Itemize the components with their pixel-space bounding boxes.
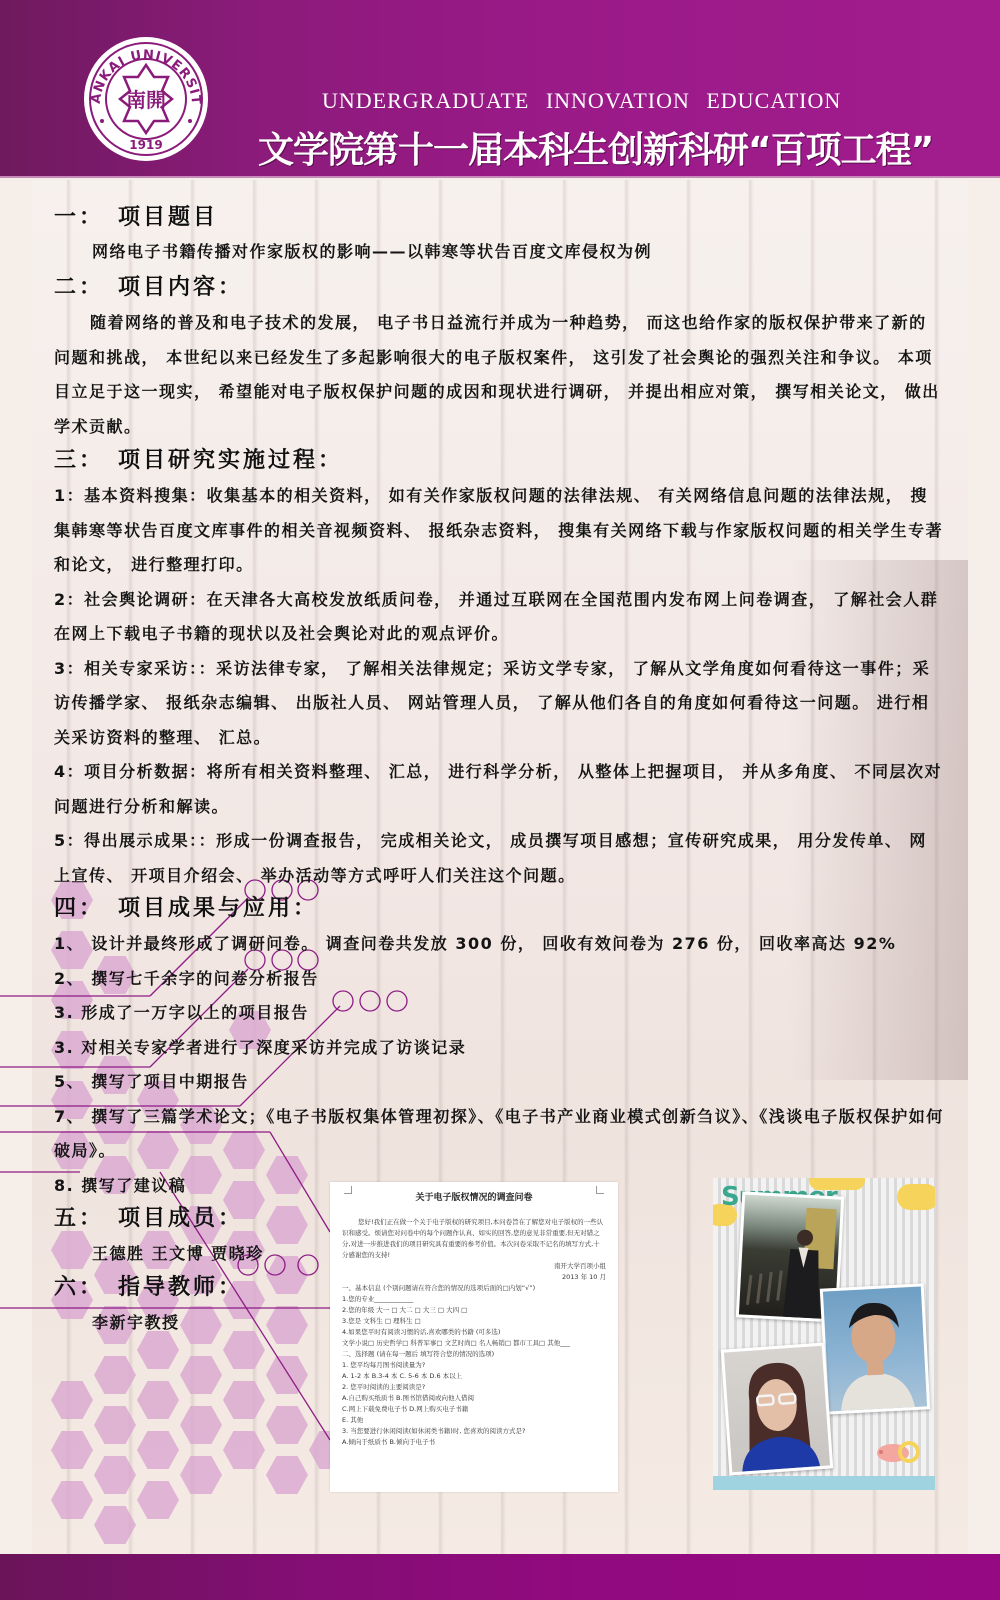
section-number: 六： xyxy=(54,1275,104,1300)
result-item: 5、 撰写了项目中期报告 xyxy=(54,1065,944,1100)
process-item: 5：得出展示成果：：形成一份调查报告， 完成相关论文， 成员撰写项目感想；宣传研… xyxy=(54,824,944,893)
cloud-icon xyxy=(897,1184,935,1210)
section-heading: 项目成员： xyxy=(118,1206,243,1231)
members-names: 王德胜 王文博 贾晓珍 xyxy=(54,1237,314,1272)
questionnaire-line: 2.您的年级 大一 □ 大二 □ 大三 □ 大四 □ xyxy=(342,1305,606,1316)
questionnaire-title: 关于电子版权情况的调查问卷 xyxy=(342,1190,606,1203)
questionnaire-line: 二、选择题 (请在每一题后 填写符合您的情况的选项) xyxy=(342,1349,606,1360)
section-heading: 指导教师： xyxy=(118,1275,243,1300)
section-members: 五：项目成员： 王德胜 王文博 贾晓珍 xyxy=(54,1201,314,1272)
section-number: 一： xyxy=(54,205,104,230)
section-number: 四： xyxy=(54,896,104,921)
process-item: 4：项目分析数据：将所有相关资料整理、 汇总， 进行科学分析， 从整体上把握项目… xyxy=(54,755,944,824)
section-advisor: 六：指导教师： 李新宇教授 xyxy=(54,1270,314,1341)
questionnaire-line: 文学小说□ 历史哲学□ 科普军事□ 文艺时尚□ 名人畅销□ 都市工具□ 其他__… xyxy=(342,1338,606,1349)
section-research-process: 三：项目研究实施过程： 1：基本资料搜集：收集基本的相关资料， 如有关作家版权问… xyxy=(54,443,944,893)
questionnaire-image: 关于电子版权情况的调查问卷 您好!我们正在做一个关于电子版权的研究项目,本问卷旨… xyxy=(330,1182,618,1492)
result-item: 2、 撰写七千余字的问卷分析报告 xyxy=(54,962,944,997)
poster-header: NANKAI UNIVERSITY 1919 南開 UNDERGRADUATE … xyxy=(0,0,1000,178)
section-heading: 项目成果与应用： xyxy=(118,896,318,921)
member-photo-collage: Summer xyxy=(713,1178,935,1490)
questionnaire-line: 3. 当您要进行休闲阅读(如休闲类书籍)时, 您喜欢的阅读方式是? xyxy=(342,1426,606,1437)
project-title-text: 网络电子书籍传播对作家版权的影响——以韩寒等状告百度文库侵权为例 xyxy=(54,236,944,268)
waves-decoration xyxy=(713,1476,935,1490)
questionnaire-intro: 您好!我们正在做一个关于电子版权的研究项目,本问卷旨在了解您对电子版权的一些认识… xyxy=(342,1217,606,1261)
section-project-title: 一：项目题目 网络电子书籍传播对作家版权的影响——以韩寒等状告百度文库侵权为例 xyxy=(54,200,944,268)
logo-center-text: 南開 xyxy=(126,88,166,112)
questionnaire-line: A.自己购买纸质书 B.图书馆借阅或向他人借阅 xyxy=(342,1393,606,1404)
section-results: 四：项目成果与应用： 1、 设计并最终形成了调研问卷。 调查问卷共发放 300 … xyxy=(54,891,944,1203)
pig-float-icon xyxy=(873,1440,923,1464)
questionnaire-line: 4.如果您平时有阅读习惯的话,喜欢哪类的书籍 (可多选) xyxy=(342,1327,606,1338)
section-number: 五： xyxy=(54,1206,104,1231)
section-number: 三： xyxy=(54,448,104,473)
header-title-cn: 文学院第十一届本科生创新科研“百项工程” xyxy=(258,122,933,173)
questionnaire-line: A.倾向于纸质书 B.倾向于电子书 xyxy=(342,1437,606,1448)
questionnaire-line: C.网上下载免费电子书 D.网上购买电子书籍 xyxy=(342,1404,606,1415)
section-number: 二： xyxy=(54,275,104,300)
questionnaire-line: E. 其他 xyxy=(342,1415,606,1426)
questionnaire-line: 1.您的专业____________ xyxy=(342,1294,606,1305)
section-heading: 项目题目 xyxy=(118,205,218,230)
poster-footer xyxy=(0,1554,1000,1600)
photo-portrait-male xyxy=(823,1287,927,1412)
advisor-name: 李新宇教授 xyxy=(54,1306,314,1341)
project-content-text: 随着网络的普及和电子技术的发展， 电子书日益流行并成为一种趋势， 而这也给作家的… xyxy=(54,306,944,444)
result-item: 1、 设计并最终形成了调研问卷。 调查问卷共发放 300 份， 回收有效问卷为 … xyxy=(54,927,944,962)
logo-year: 1919 xyxy=(129,138,162,152)
nankai-university-logo: NANKAI UNIVERSITY 1919 南開 xyxy=(82,35,210,163)
questionnaire-line: 一、基本信息 (个别问题请在符合您的情况的选项后面的□内划“√”) xyxy=(342,1283,606,1294)
questionnaire-line: 2. 您平时阅读的主要阅读是? xyxy=(342,1382,606,1393)
photo-portrait-female xyxy=(724,1346,830,1473)
section-heading: 项目内容： xyxy=(118,275,243,300)
result-item: 3. 对相关专家学者进行了深度采访并完成了访谈记录 xyxy=(54,1031,944,1066)
questionnaire-line: 3.您是 文科生 □ 理科生 □ xyxy=(342,1316,606,1327)
result-item: 7、 撰写了三篇学术论文；《电子书版权集体管理初探》、《电子书产业商业模式创新刍… xyxy=(54,1100,944,1169)
member-photo-3 xyxy=(721,1343,834,1476)
result-item: 3. 形成了一万字以上的项目报告 xyxy=(54,996,944,1031)
process-item: 1：基本资料搜集：收集基本的相关资料， 如有关作家版权问题的法律法规、 有关网络… xyxy=(54,479,944,583)
header-subtitle-en: UNDERGRADUATE INNOVATION EDUCATION xyxy=(322,88,841,114)
questionnaire-line: A. 1-2 本 B.3-4 本 C. 5-6 本 D.6 本以上 xyxy=(342,1371,606,1382)
section-heading: 项目研究实施过程： xyxy=(118,448,343,473)
process-item: 2：社会舆论调研：在天津各大高校发放纸质问卷， 并通过互联网在全国范围内发布网上… xyxy=(54,583,944,652)
questionnaire-line: 1. 您平均每月图书阅读量为? xyxy=(342,1360,606,1371)
member-photo-2 xyxy=(820,1283,930,1414)
questionnaire-date: 2013 年 10 月 xyxy=(342,1272,606,1283)
questionnaire-signature: 南开大学百项小组 xyxy=(342,1261,606,1272)
process-item: 3：相关专家采访：：采访法律专家， 了解相关法律规定；采访文学专家， 了解从文学… xyxy=(54,652,944,756)
section-project-content: 二：项目内容： 随着网络的普及和电子技术的发展， 电子书日益流行并成为一种趋势，… xyxy=(54,270,944,444)
